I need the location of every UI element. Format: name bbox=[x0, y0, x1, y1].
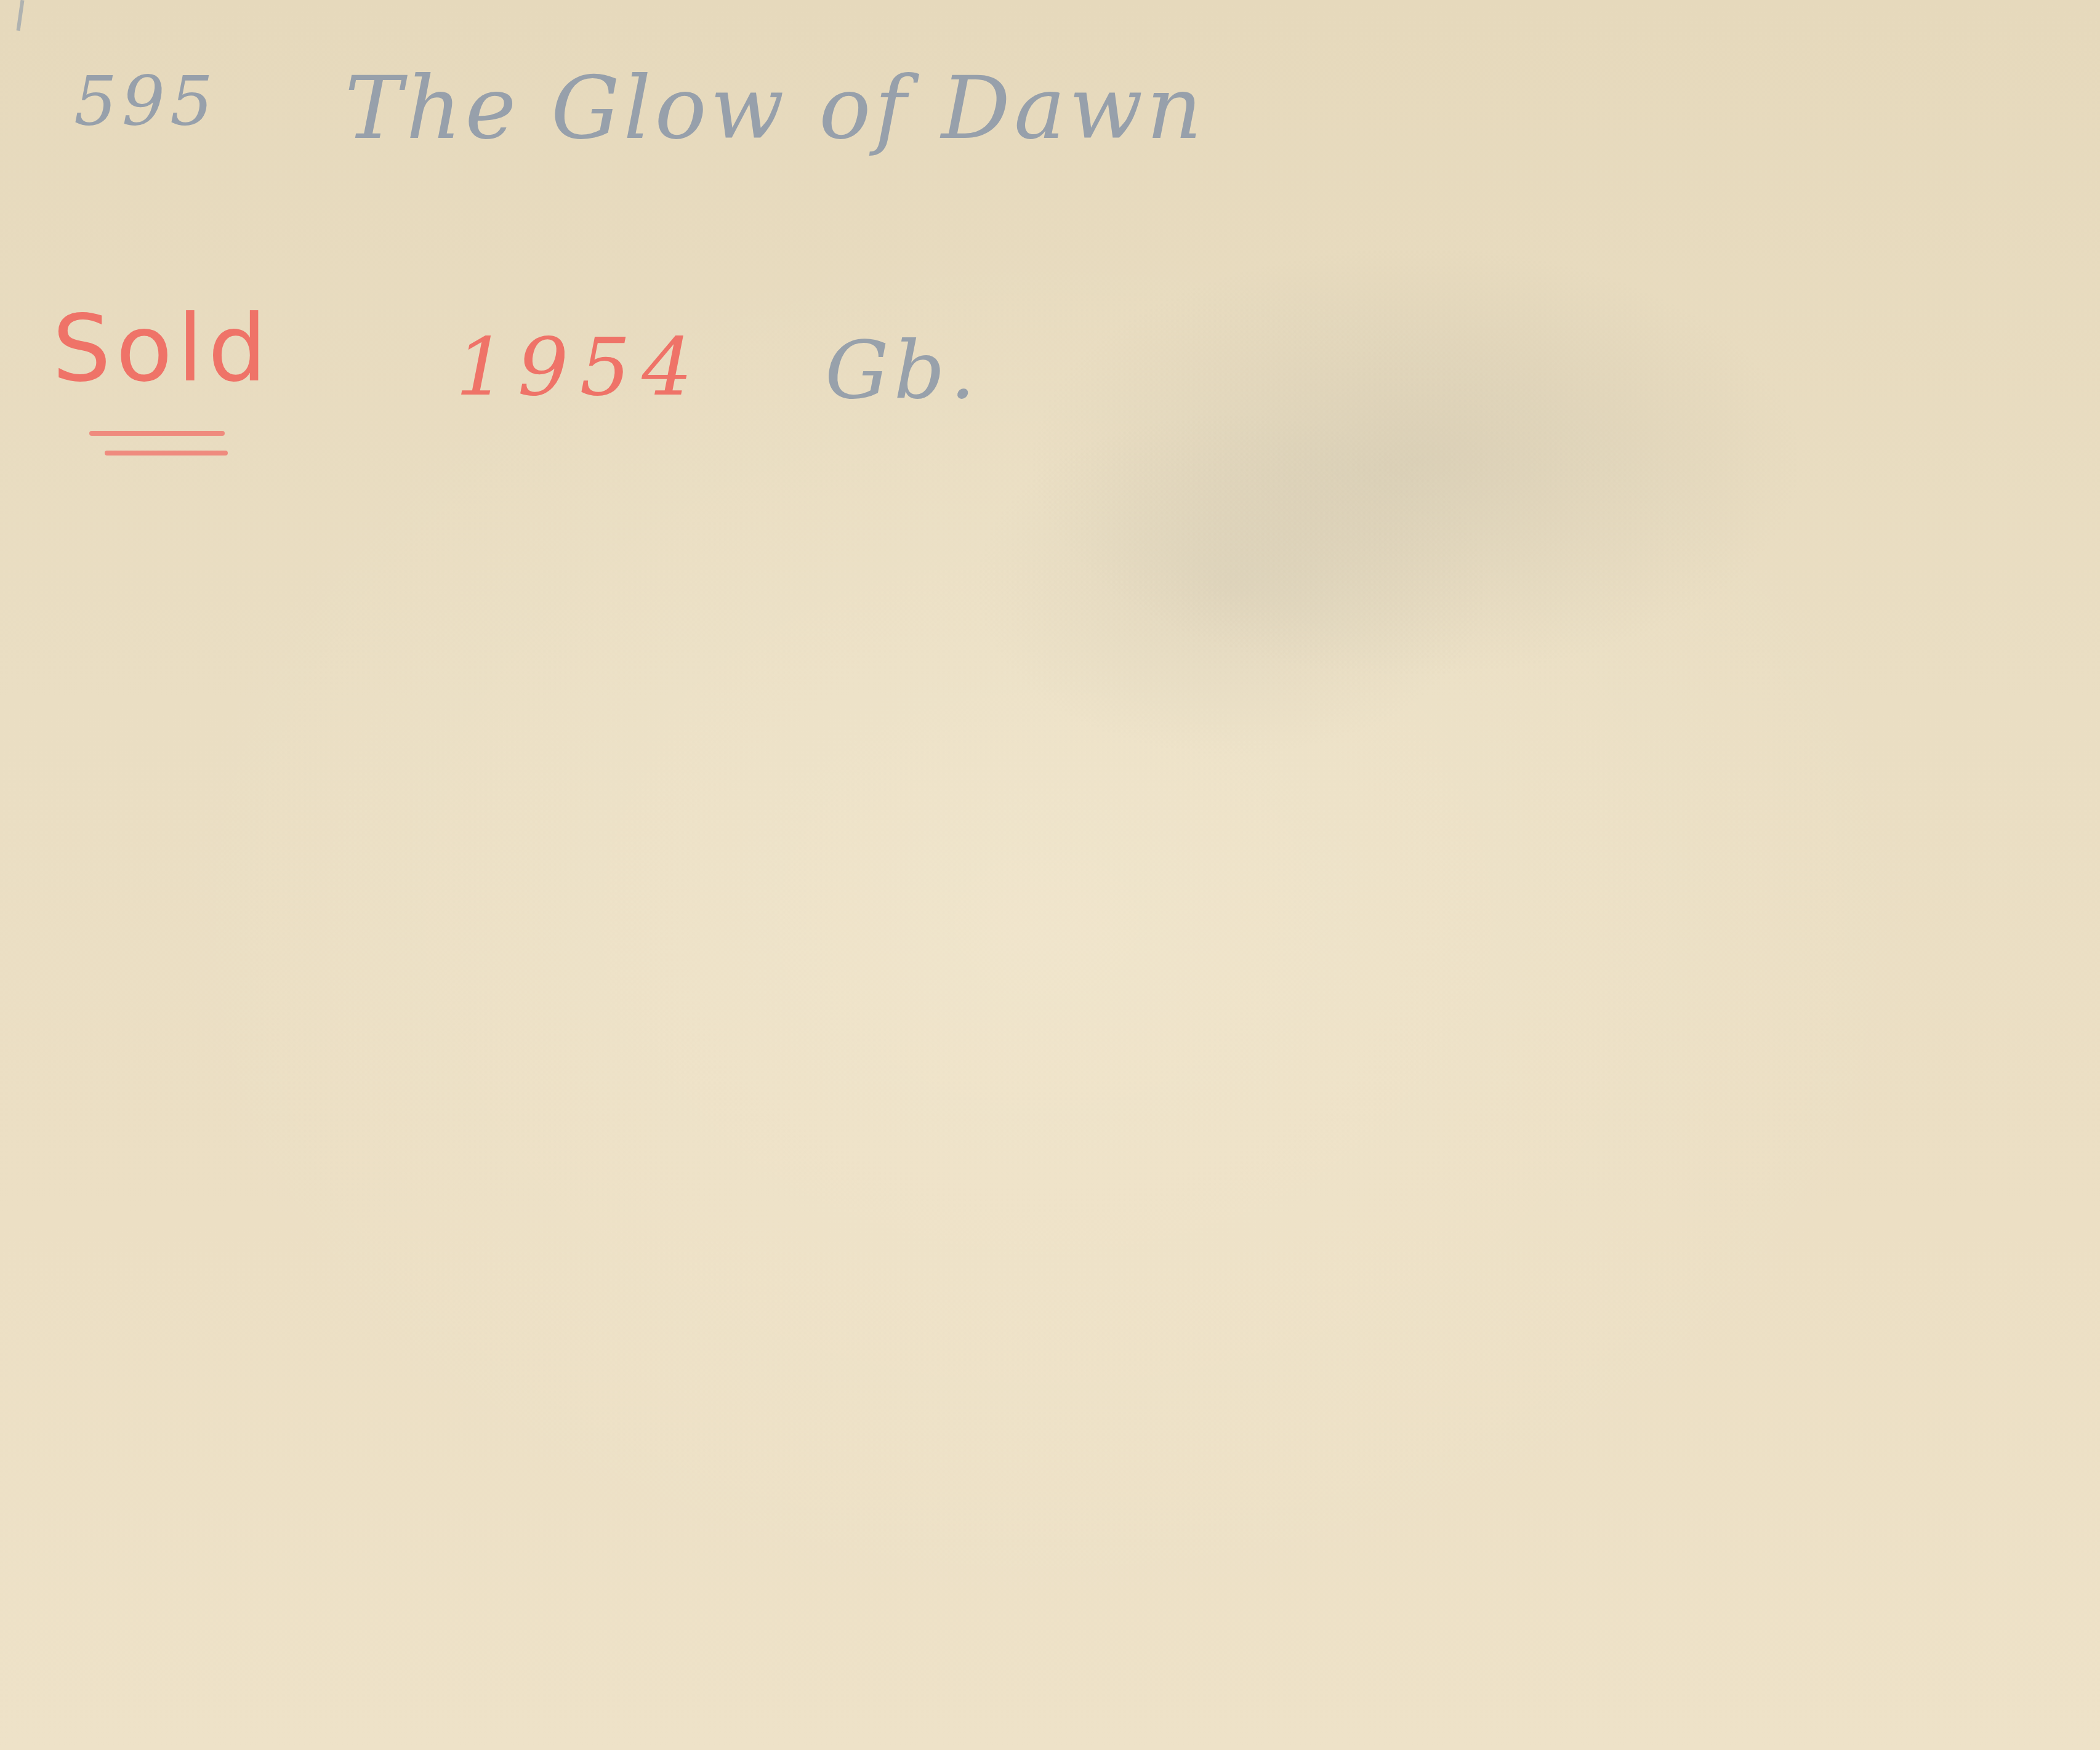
sale-year: 1954 bbox=[456, 320, 704, 414]
sold-underline-top bbox=[89, 431, 225, 436]
sold-underline-bottom bbox=[105, 451, 228, 456]
artwork-title: The Glow of Dawn bbox=[345, 58, 1205, 159]
initials: Gb. bbox=[825, 323, 980, 417]
catalog-number: 595 bbox=[74, 62, 218, 140]
paper-background bbox=[0, 0, 2100, 1750]
sold-status: Sold bbox=[52, 295, 272, 403]
